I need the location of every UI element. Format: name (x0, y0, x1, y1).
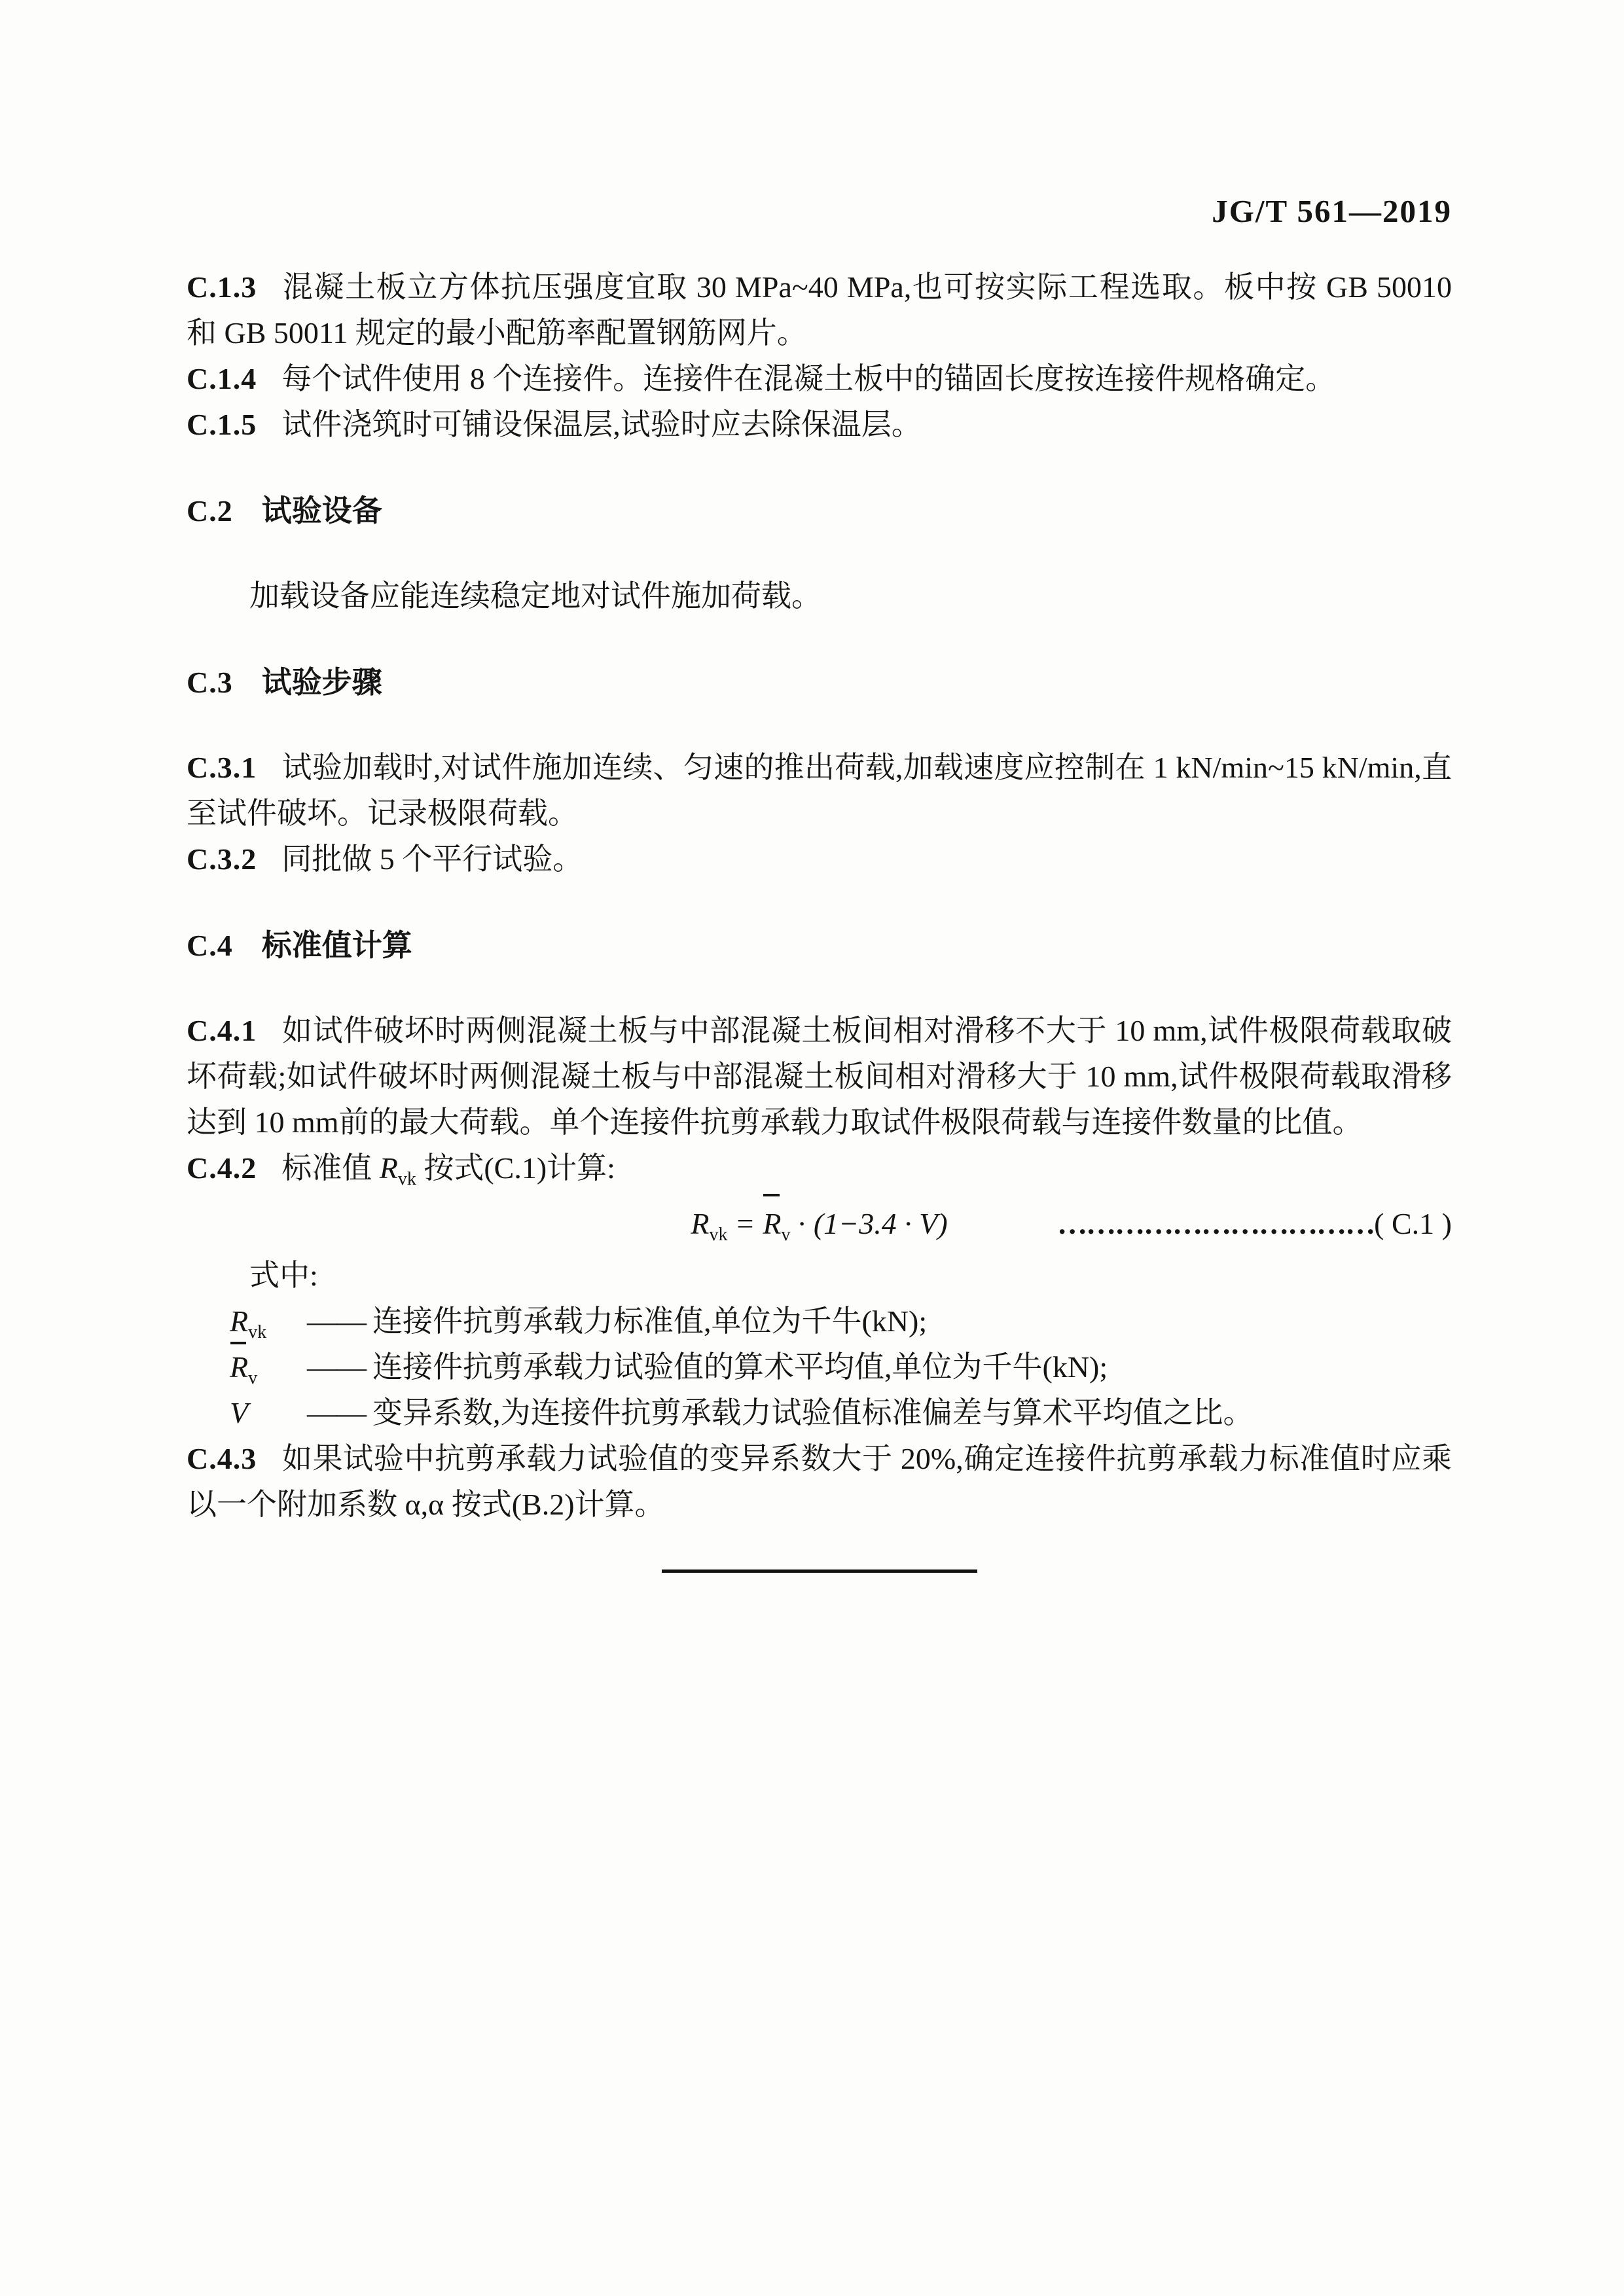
clause-c32-text: 同批做 5 个平行试验。 (281, 842, 583, 876)
clause-c13: C.1.3混凝土板立方体抗压强度宜取 30 MPa~40 MPa,也可按实际工程… (187, 264, 1452, 356)
equation-c1-reference: ……………………………( C.1 ) (1057, 1196, 1452, 1251)
symbol-v: V (230, 1396, 248, 1429)
eq-lhs-subscript: vk (709, 1225, 727, 1245)
symbol-rvk-inline: R (380, 1151, 398, 1185)
symbol-rvk-sub: vk (248, 1322, 266, 1342)
standard-number: JG/T 561—2019 (1212, 193, 1452, 229)
eq-equals-sign: = (736, 1207, 753, 1240)
section-c3-title: 试验步骤 (262, 666, 382, 699)
where-dash: —— (307, 1350, 366, 1384)
where-term-rvk-desc: 连接件抗剪承载力标准值,单位为千牛(kN); (372, 1304, 927, 1338)
where-term-rv-mean: Rv——连接件抗剪承载力试验值的算术平均值,单位为千牛(kN); (187, 1344, 1452, 1390)
clause-c41-text: 如试件破坏时两侧混凝土板与中部混凝土板间相对滑移不大于 10 mm,试件极限荷载… (187, 1014, 1452, 1139)
clause-c31-text: 试验加载时,对试件施加连续、匀速的推出荷载,加载速度应控制在 1 kN/min~… (187, 751, 1452, 830)
section-c2-body-text: 加载设备应能连续稳定地对试件施加荷载。 (249, 579, 821, 613)
equation-number: ( C.1 ) (1374, 1207, 1452, 1240)
clause-c43-text: 如果试验中抗剪承载力试验值的变异系数大于 20%,确定连接件抗剪承载力标准值时应… (187, 1442, 1452, 1521)
eq-factor: (1−3.4 · V) (814, 1207, 948, 1240)
section-c2-body: 加载设备应能连续稳定地对试件施加荷载。 (187, 573, 1452, 619)
eq-mean-symbol: R (763, 1207, 781, 1240)
where-term-v-desc: 变异系数,为连接件抗剪承载力试验值标准偏差与算术平均值之比。 (372, 1396, 1254, 1429)
clause-c42: C.4.2标准值 Rvk 按式(C.1)计算: (187, 1145, 1452, 1191)
section-c4-heading: C.4标准值计算 (187, 923, 1452, 969)
clause-c13-text: 混凝土板立方体抗压强度宜取 30 MPa~40 MPa,也可按实际工程选取。板中… (187, 270, 1452, 350)
where-term-rv-desc: 连接件抗剪承载力试验值的算术平均值,单位为千牛(kN); (372, 1350, 1108, 1384)
dots-leader: …………………………… (1057, 1207, 1374, 1240)
clause-c43: C.4.3如果试验中抗剪承载力试验值的变异系数大于 20%,确定连接件抗剪承载力… (187, 1436, 1452, 1528)
where-term-v: V——变异系数,为连接件抗剪承载力试验值标准偏差与算术平均值之比。 (187, 1390, 1452, 1436)
section-c3-heading: C.3试验步骤 (187, 660, 1452, 706)
symbol-rv-overbar: R (230, 1344, 248, 1390)
symbol-rvk: R (230, 1304, 248, 1338)
where-term-v-symbol: V (230, 1390, 307, 1436)
clause-c43-number: C.4.3 (187, 1442, 257, 1475)
eq-mean-symbol-overbar: R (763, 1196, 781, 1251)
clause-c42-pre: 标准值 (281, 1151, 380, 1185)
equation-c1-expression: Rvk=Rv·(1−3.4 · V) (691, 1207, 947, 1240)
where-dash: —— (307, 1396, 366, 1429)
clause-c42-post: 按式(C.1)计算: (416, 1151, 615, 1185)
where-dash: —— (307, 1304, 366, 1338)
clause-c13-number: C.1.3 (187, 270, 257, 304)
symbol-rv-sub: v (248, 1368, 257, 1388)
clause-c31: C.3.1试验加载时,对试件施加连续、匀速的推出荷载,加载速度应控制在 1 kN… (187, 745, 1452, 836)
where-intro-text: 式中: (249, 1259, 318, 1292)
clause-c41: C.4.1如试件破坏时两侧混凝土板与中部混凝土板间相对滑移不大于 10 mm,试… (187, 1008, 1452, 1145)
where-term-rvk: Rvk——连接件抗剪承载力标准值,单位为千牛(kN); (187, 1299, 1452, 1344)
section-c4-number: C.4 (187, 929, 233, 962)
eq-mean-subscript: v (782, 1225, 791, 1245)
clause-c15-number: C.1.5 (187, 408, 257, 441)
where-term-rv-symbol: Rv (230, 1344, 307, 1390)
section-c4-title: 标准值计算 (262, 929, 412, 962)
clause-c42-number: C.4.2 (187, 1151, 257, 1185)
section-c3-number: C.3 (187, 666, 233, 699)
section-c2-title: 试验设备 (262, 494, 382, 528)
equation-c1: Rvk=Rv·(1−3.4 · V) ……………………………( C.1 ) (187, 1196, 1452, 1251)
clause-c14: C.1.4每个试件使用 8 个连接件。连接件在混凝土板中的锚固长度按连接件规格确… (187, 356, 1452, 402)
doc-header: JG/T 561—2019 (187, 0, 1452, 232)
symbol-rvk-inline-sub: vk (398, 1169, 416, 1189)
symbol-rv: R (230, 1350, 248, 1384)
eq-lhs-symbol: R (691, 1207, 709, 1240)
clause-c15-text: 试件浇筑时可铺设保温层,试验时应去除保温层。 (281, 408, 922, 441)
clause-c14-text: 每个试件使用 8 个连接件。连接件在混凝土板中的锚固长度按连接件规格确定。 (281, 362, 1335, 395)
clause-c14-number: C.1.4 (187, 362, 257, 395)
clause-c32-number: C.3.2 (187, 842, 257, 876)
clause-c31-number: C.3.1 (187, 751, 257, 784)
where-term-rvk-symbol: Rvk (230, 1299, 307, 1344)
clause-c32: C.3.2同批做 5 个平行试验。 (187, 836, 1452, 882)
section-c2-number: C.2 (187, 494, 233, 528)
section-c2-heading: C.2试验设备 (187, 488, 1452, 534)
end-of-document-rule (662, 1570, 977, 1573)
clause-c15: C.1.5试件浇筑时可铺设保温层,试验时应去除保温层。 (187, 402, 1452, 448)
eq-multiply-dot: · (797, 1207, 807, 1240)
clause-c41-number: C.4.1 (187, 1014, 257, 1047)
document-page: JG/T 561—2019 C.1.3混凝土板立方体抗压强度宜取 30 MPa~… (0, 0, 1624, 2296)
where-intro: 式中: (187, 1253, 1452, 1299)
